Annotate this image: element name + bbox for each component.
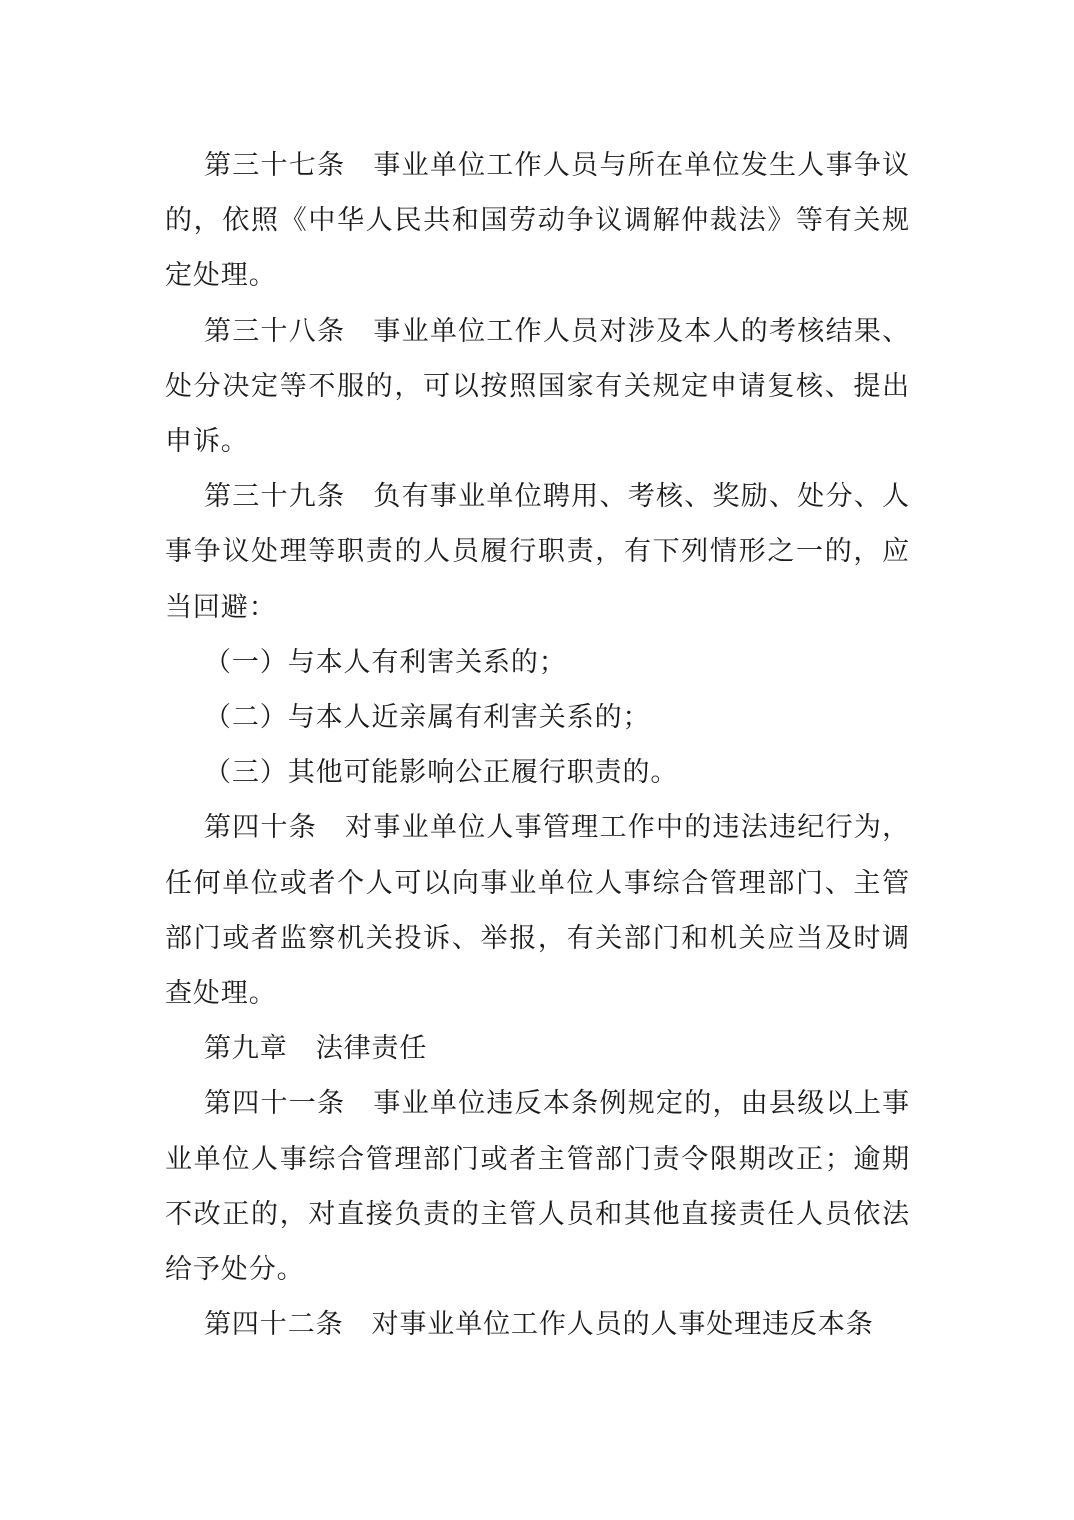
list-item: （三）其他可能影响公正履行职责的。 — [165, 745, 910, 800]
article-42: 第四十二条对事业单位工作人员的人事处理违反本条 — [165, 1297, 910, 1352]
list-item: （一）与本人有利害关系的； — [165, 635, 910, 690]
chapter-title: 法律责任 — [316, 1033, 428, 1064]
article-label: 第三十九条 — [204, 481, 345, 512]
article-41: 第四十一条事业单位违反本条例规定的，由县级以上事业单位人事综合管理部门或者主管部… — [165, 1076, 910, 1297]
chapter-heading: 第九章法律责任 — [165, 1021, 910, 1076]
article-37: 第三十七条事业单位工作人员与所在单位发生人事争议的，依照《中华人民共和国劳动争议… — [165, 138, 910, 304]
article-label: 第四十条 — [204, 812, 317, 843]
article-40: 第四十条对事业单位人事管理工作中的违法违纪行为，任何单位或者个人可以向事业单位人… — [165, 800, 910, 1021]
list-item: （二）与本人近亲属有利害关系的； — [165, 690, 910, 745]
article-39: 第三十九条负有事业单位聘用、考核、奖励、处分、人事争议处理等职责的人员履行职责，… — [165, 469, 910, 635]
article-label: 第三十八条 — [204, 316, 345, 347]
article-38: 第三十八条事业单位工作人员对涉及本人的考核结果、处分决定等不服的，可以按照国家有… — [165, 304, 910, 470]
document-page: 第三十七条事业单位工作人员与所在单位发生人事争议的，依照《中华人民共和国劳动争议… — [165, 138, 910, 1352]
article-text: 对事业单位工作人员的人事处理违反本条 — [372, 1309, 874, 1340]
chapter-label: 第九章 — [204, 1033, 288, 1064]
article-label: 第四十二条 — [204, 1309, 344, 1340]
article-label: 第三十七条 — [204, 150, 345, 181]
article-label: 第四十一条 — [204, 1088, 345, 1119]
